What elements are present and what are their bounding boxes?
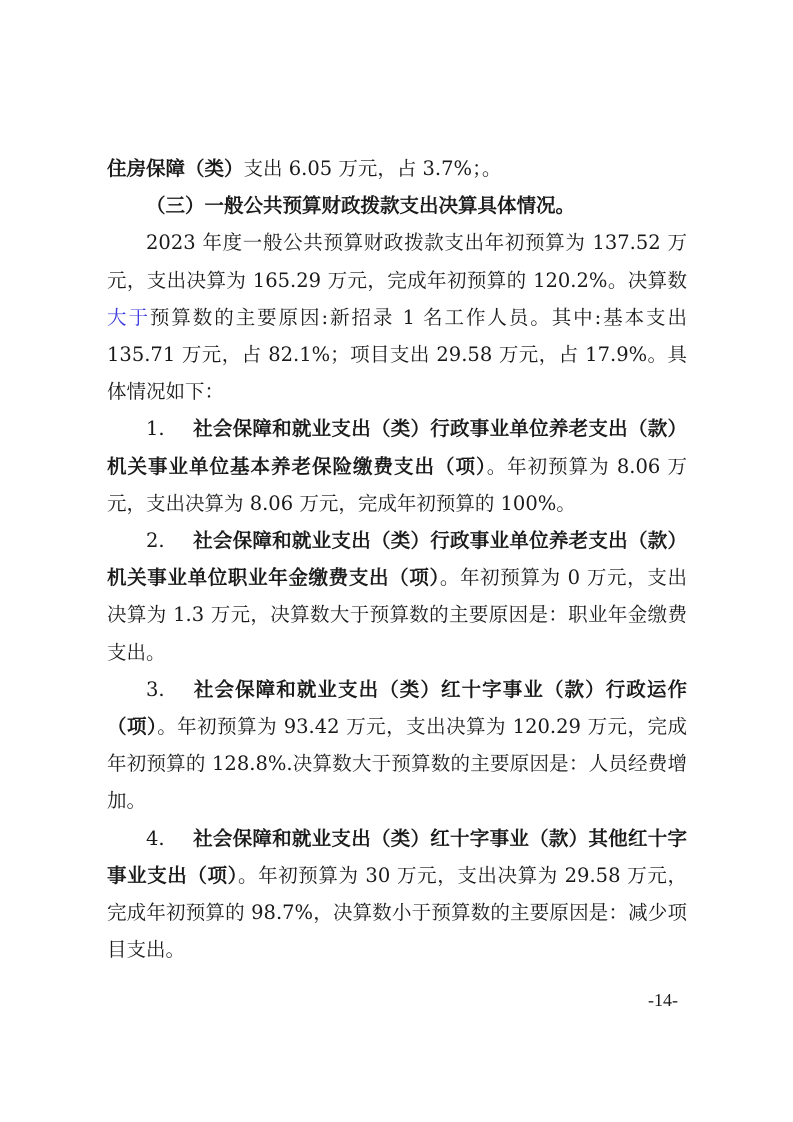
list-item: 4.社会保障和就业支出（类）红十字事业（款）其他红十字事业支出（项）。年初预算为… xyxy=(107,820,687,969)
item-number: 3. xyxy=(146,671,193,708)
category-label: 住房保障（类） xyxy=(107,157,244,180)
paragraph-text: 支出 6.05 万元，占 3.7%；。 xyxy=(244,157,502,180)
highlighted-text: 大于 xyxy=(107,306,150,329)
list-item: 3.社会保障和就业支出（类）红十字事业（款）行政运作（项）。年初预算为 93.4… xyxy=(107,671,687,820)
section-heading: （三）一般公共预算财政拨款支出决算具体情况。 xyxy=(107,187,687,224)
list-item: 2.社会保障和就业支出（类）行政事业单位养老支出（款）机关事业单位职业年金缴费支… xyxy=(107,522,687,671)
paragraph-housing: 住房保障（类）支出 6.05 万元，占 3.7%；。 xyxy=(107,150,687,187)
page-number: -14- xyxy=(648,990,678,1011)
list-item: 1.社会保障和就业支出（类）行政事业单位养老支出（款）机关事业单位基本养老保险缴… xyxy=(107,410,687,522)
item-number: 1. xyxy=(146,410,193,447)
item-text: 。年初预算为 93.42 万元，支出决算为 120.29 万元，完成年初预算的 … xyxy=(107,715,687,812)
paragraph-summary: 2023 年度一般公共预算财政拨款支出年初预算为 137.52 万元，支出决算为… xyxy=(107,224,687,410)
paragraph-text: 2023 年度一般公共预算财政拨款支出年初预算为 137.52 万元，支出决算为… xyxy=(107,231,687,291)
paragraph-text: 预算数的主要原因:新招录 1 名工作人员。其中:基本支出 135.71 万元，占… xyxy=(107,306,687,403)
item-number: 2. xyxy=(146,522,193,559)
document-page: 住房保障（类）支出 6.05 万元，占 3.7%；。 （三）一般公共预算财政拨款… xyxy=(107,150,687,968)
item-number: 4. xyxy=(146,820,193,857)
